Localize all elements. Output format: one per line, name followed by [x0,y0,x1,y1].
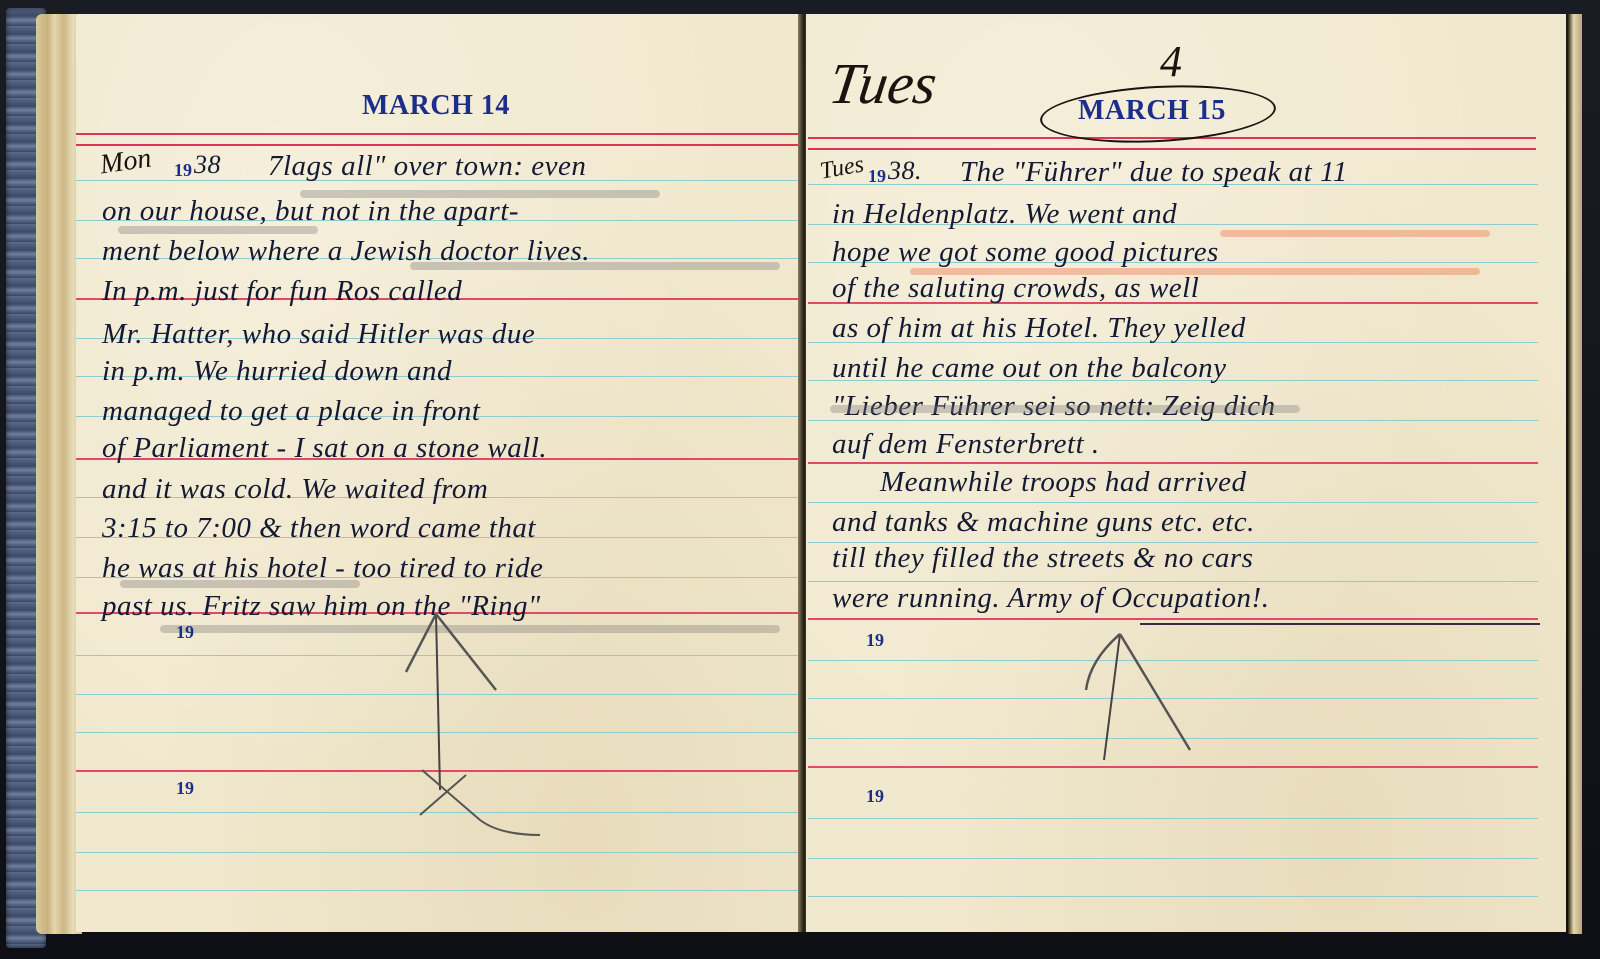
entry-line: hope we got some good pictures [832,236,1219,269]
entry-line: until he came out on the balcony [832,352,1227,385]
pencil-arrow-icon-right [1080,630,1230,770]
header-rule-left [76,133,798,146]
section-year-label: 19 [866,630,884,651]
entry-line: auf dem Fensterbrett . [832,428,1100,461]
entry-line: The "Führer" due to speak at 11 [960,156,1348,189]
blue-rule [808,858,1538,859]
pencil-arrow-icon-left [400,610,550,840]
check-mark-annotation: 4 [1160,36,1182,87]
weekday-annotation-right: Tues [825,50,941,117]
crayon-underline [910,268,1480,275]
entry-line: managed to get a place in front [102,395,480,428]
pencil-underline [410,262,780,270]
entry-line: of the saluting crowds, as well [832,272,1199,305]
entry-line: Mr. Hatter, who said Hitler was due [102,318,535,351]
pencil-underline [118,226,318,234]
entry-line: in p.m. We hurried down and [102,355,452,388]
entry-line: of Parliament - I sat on a stone wall. [102,432,547,465]
entry-line: in Heldenplatz. We went and [832,198,1177,231]
blue-rule [808,502,1538,503]
date-heading-left: MARCH 14 [362,90,510,122]
entry-line: 3:15 to 7:00 & then word came that [102,512,536,545]
entry-line: till they filled the streets & no cars [832,542,1253,575]
pencil-underline [120,580,360,588]
blue-rule [76,852,798,853]
entry-line: 7lags all" over town: even [268,150,586,183]
entry-line: were running. Army of Occupation!. [832,582,1269,615]
section-year-label: 19 [176,778,194,799]
section-year-label: 19 [176,622,194,643]
red-rule [808,462,1538,464]
ink-underline [1140,623,1540,625]
blue-rule [76,890,798,891]
pencil-underline [300,190,660,198]
crayon-underline [1220,230,1490,237]
year-prefix-right: 19 [868,166,886,187]
entry-line: Meanwhile troops had arrived [880,466,1247,499]
year-suffix-right: 38. [888,156,922,186]
page-edges-right [1568,14,1582,934]
entry-line: In p.m. just for fun Ros called [102,275,462,308]
pencil-underline [830,405,1300,413]
entry-line: as of him at his Hotel. They yelled [832,312,1246,345]
blue-rule [808,896,1538,897]
year-prefix-left: 19 [174,160,192,181]
entry-line: on our house, but not in the apart- [102,195,519,228]
red-rule [808,618,1538,620]
entry-line: and tanks & machine guns etc. etc. [832,506,1255,539]
entry-line: and it was cold. We waited from [102,473,488,506]
blue-rule [808,818,1538,819]
year-suffix-left: 38 [194,150,221,180]
section-year-label: 19 [866,786,884,807]
